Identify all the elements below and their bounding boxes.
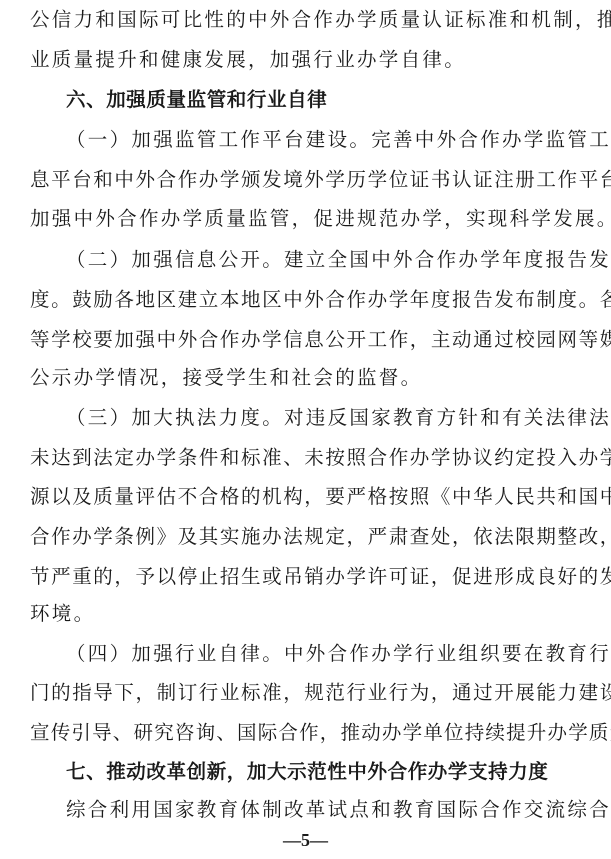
- paragraph-1-line-1: （一）加强监管工作平台建设。完善中外合作办学监管工作信: [66, 126, 590, 154]
- paragraph-5-line-1: 综合利用国家教育体制改革试点和教育国际合作交流综合改革: [66, 796, 590, 824]
- paragraph-2-line-4: 公示办学情况，接受学生和社会的监督。: [30, 364, 590, 392]
- page-number: —5—: [0, 830, 611, 851]
- paragraph-4-line-1: （四）加强行业自律。中外合作办学行业组织要在教育行政部: [66, 640, 590, 668]
- paragraph-3-line-1: （三）加大执法力度。对违反国家教育方针和有关法律法规、: [66, 404, 590, 432]
- section-heading-6: 六、加强质量监管和行业自律: [66, 86, 590, 114]
- paragraph-4-line-3: 宣传引导、研究咨询、国际合作，推动办学单位持续提升办学质量。: [30, 719, 590, 747]
- paragraph-3-line-6: 环境。: [30, 600, 590, 628]
- paragraph-3-line-4: 合作办学条例》及其实施办法规定，严肃查处，依法限期整改，情: [30, 523, 590, 551]
- paragraph-1-line-3: 加强中外合作办学质量监管，促进规范办学，实现科学发展。: [30, 205, 590, 233]
- paragraph-4-line-2: 门的指导下，制订行业标准，规范行业行为，通过开展能力建设、: [30, 679, 590, 707]
- paragraph-1-line-2: 息平台和中外合作办学颁发境外学历学位证书认证注册工作平台，: [30, 166, 590, 194]
- paragraph-2-line-3: 等学校要加强中外合作办学信息公开工作，主动通过校园网等媒介: [30, 326, 590, 354]
- body-line-1: 公信力和国际可比性的中外合作办学质量认证标准和机制，推动行: [30, 6, 590, 34]
- paragraph-3-line-3: 源以及质量评估不合格的机构，要严格按照《中华人民共和国中外: [30, 483, 590, 511]
- paragraph-3-line-5: 节严重的，予以停止招生或吊销办学许可证，促进形成良好的发展: [30, 563, 590, 591]
- body-line-2: 业质量提升和健康发展，加强行业办学自律。: [30, 46, 590, 74]
- paragraph-3-line-2: 未达到法定办学条件和标准、未按照合作办学协议约定投入办学资: [30, 444, 590, 472]
- paragraph-2-line-1: （二）加强信息公开。建立全国中外合作办学年度报告发布制: [66, 246, 590, 274]
- paragraph-2-line-2: 度。鼓励各地区建立本地区中外合作办学年度报告发布制度。各高: [30, 286, 590, 314]
- section-heading-7: 七、推动改革创新，加大示范性中外合作办学支持力度: [66, 758, 590, 786]
